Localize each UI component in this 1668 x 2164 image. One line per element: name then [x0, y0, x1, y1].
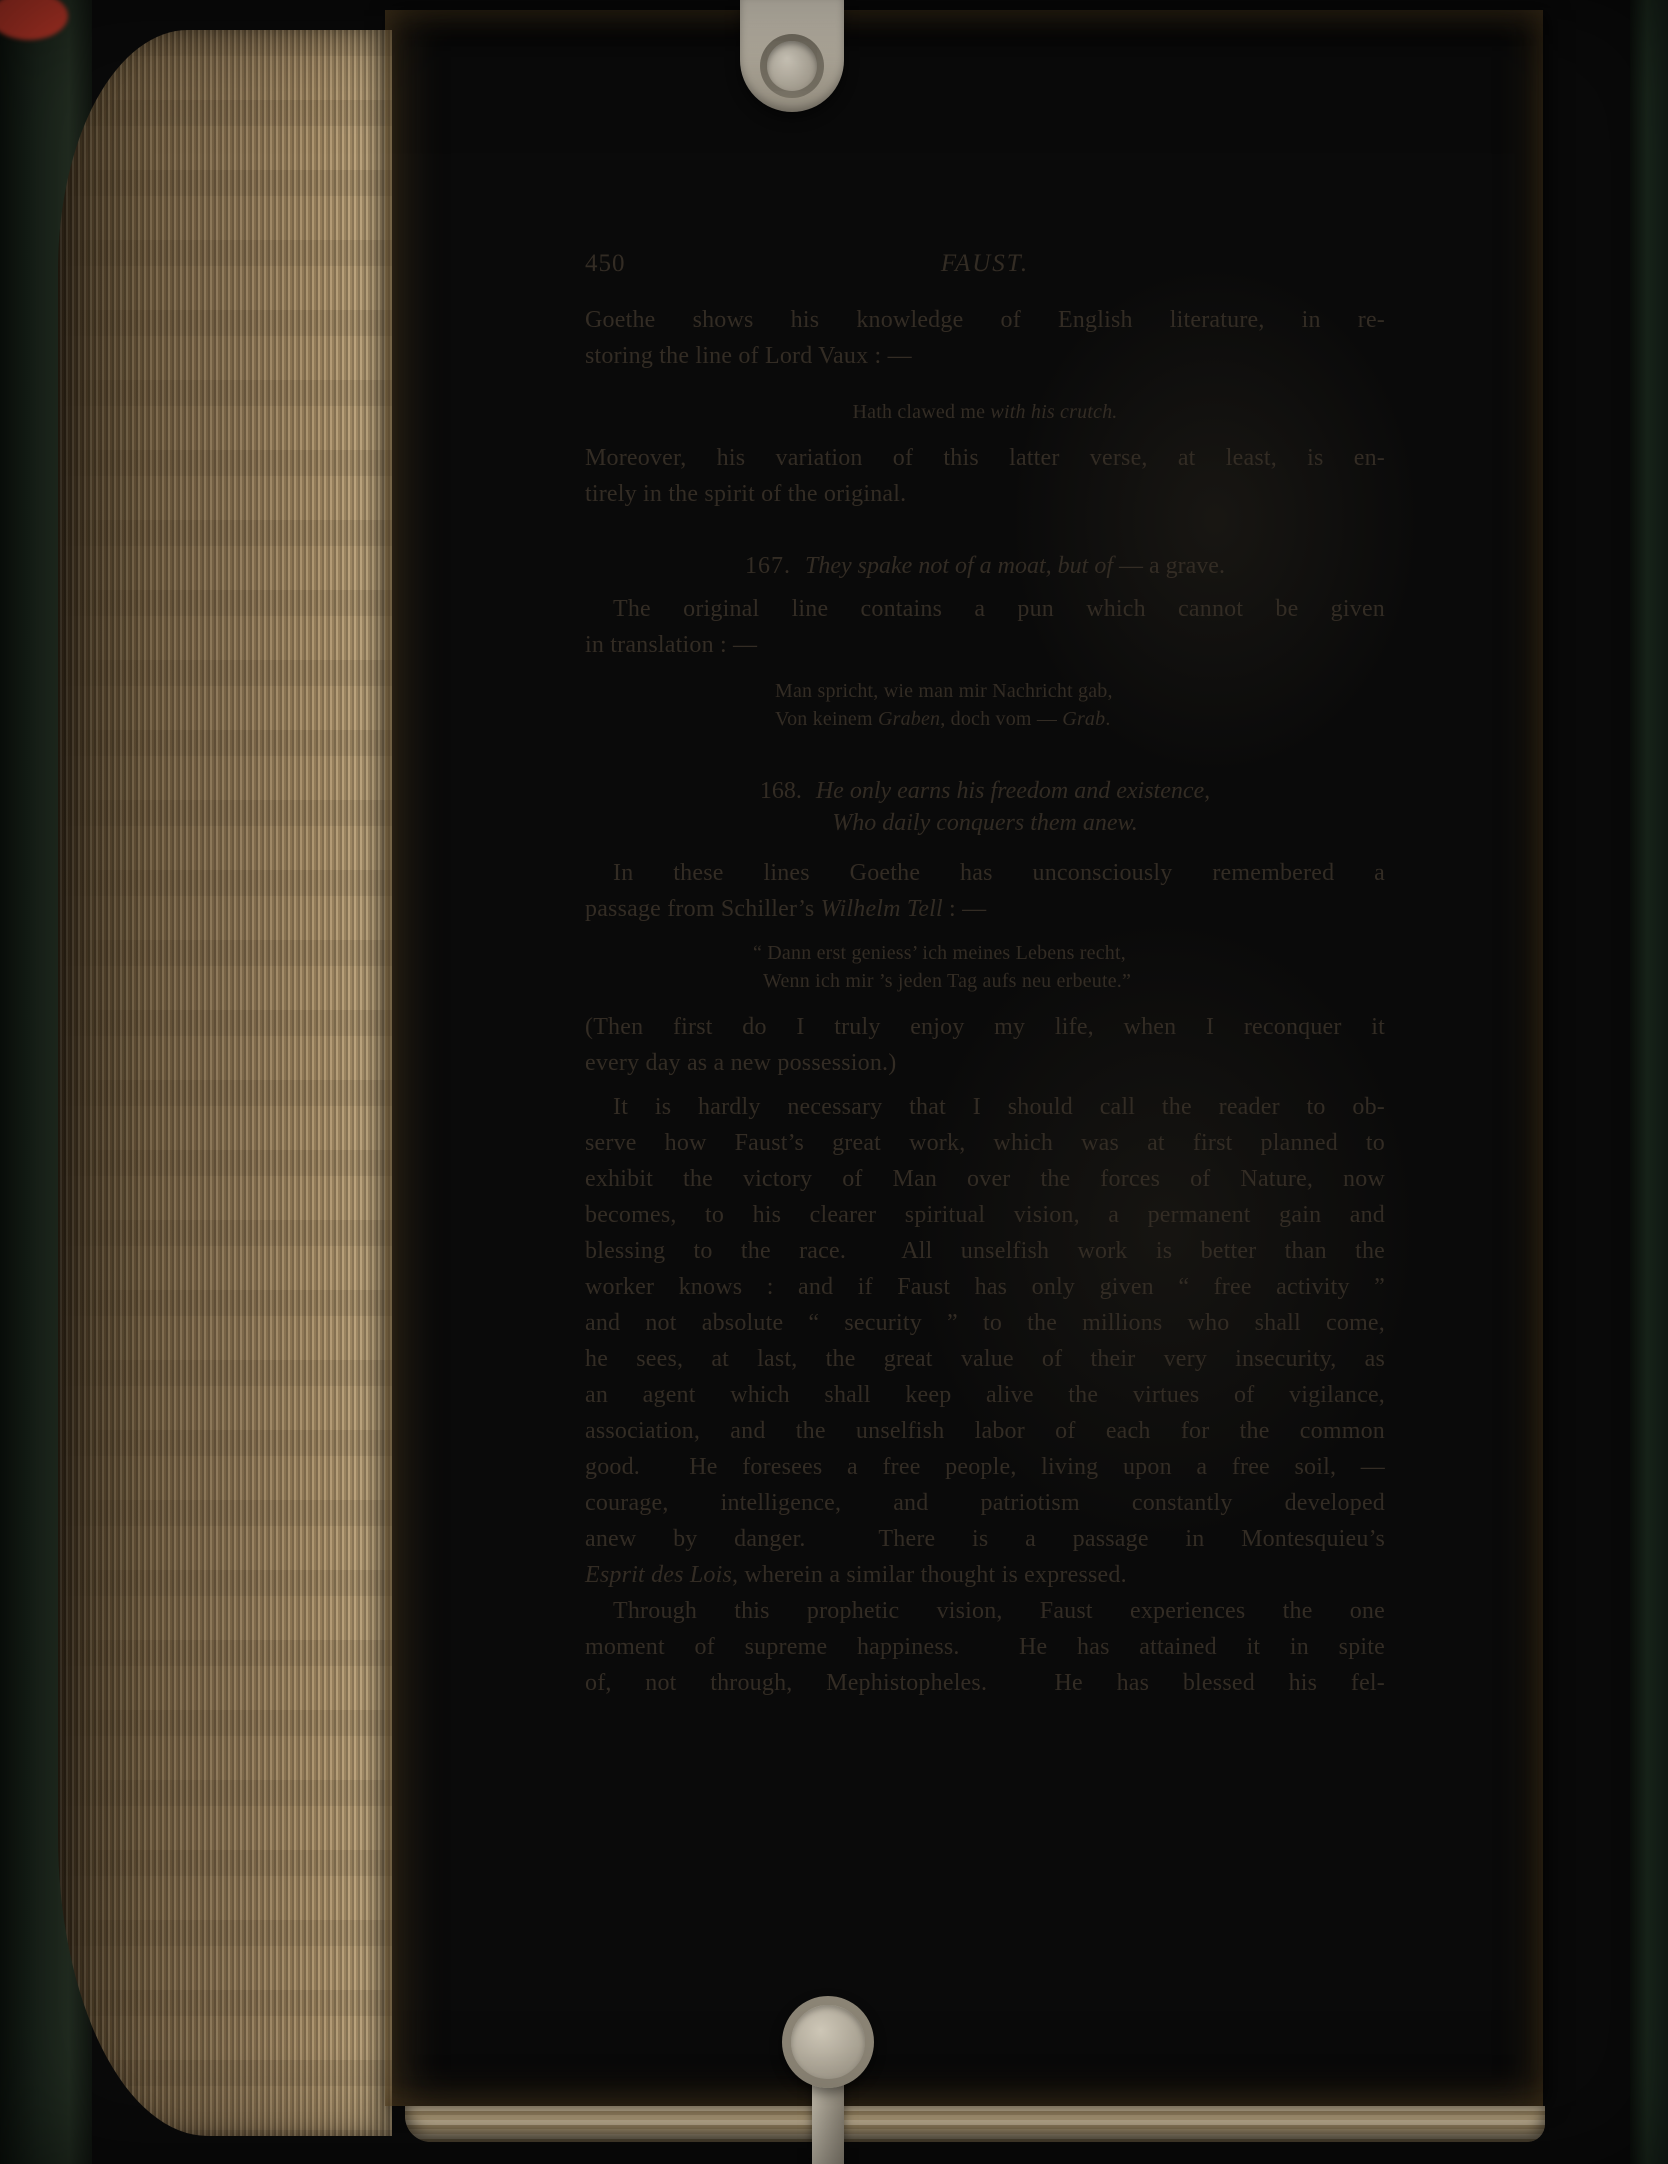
- quote-roman: Hath clawed me: [852, 401, 990, 423]
- text-line: Esprit des Lois, wherein a similar thoug…: [585, 1557, 1385, 1593]
- text-line: Goethe shows his knowledge of English li…: [585, 302, 1385, 338]
- book-page: 450 FAUST. Goethe shows his knowledge of…: [385, 10, 1543, 2106]
- text-segment: : —: [943, 896, 986, 922]
- section-title-italic: They spake not of a moat, but of: [805, 553, 1113, 579]
- text-line: and not absolute “ security ” to the mil…: [585, 1305, 1385, 1341]
- page-holder-clip-bottom: [782, 1996, 874, 2088]
- text-line: an agent which shall keep alive the virt…: [585, 1377, 1385, 1413]
- verse-segment: .: [1105, 708, 1110, 730]
- running-title: FAUST.: [585, 250, 1385, 278]
- book-photo: 450 FAUST. Goethe shows his knowledge of…: [0, 0, 1668, 2164]
- text-line: good. He foresees a free people, living …: [585, 1449, 1385, 1485]
- page-header: 450 FAUST.: [585, 250, 1385, 284]
- page-edges: [58, 30, 392, 2136]
- text-line: becomes, to his clearer spiritual vision…: [585, 1197, 1385, 1233]
- text-line: blessing to the race. All unselfish work…: [585, 1233, 1385, 1269]
- paragraph-schiller: In these lines Goethe has unconsciously …: [585, 855, 1385, 927]
- verse-line: Wenn ich mir ’s jeden Tag aufs neu erbeu…: [763, 967, 1385, 995]
- text-line: association, and the unselfish labor of …: [585, 1413, 1385, 1449]
- paragraph-faust-work: It is hardly necessary that I should cal…: [585, 1089, 1385, 1593]
- heading-line: 168.He only earns his freedom and existe…: [585, 775, 1385, 807]
- verse-line: Man spricht, wie man mir Nachricht gab,: [775, 677, 1385, 705]
- paragraph-moreover: Moreover, his variation of this latter v…: [585, 440, 1385, 512]
- verse-line: Von keinem Graben, doch vom — Grab.: [775, 705, 1385, 733]
- verse-quote-german-2: “ Dann erst geniess’ ich meines Lebens r…: [585, 939, 1385, 995]
- text-line: In these lines Goethe has unconsciously …: [585, 855, 1385, 891]
- text-line: in translation : —: [585, 627, 1385, 663]
- text-segment-italic: Wilhelm Tell: [821, 896, 943, 922]
- section-title-italic: Who daily conquers them anew.: [832, 810, 1138, 836]
- text-segment: passage from Schiller’s: [585, 896, 821, 922]
- text-line: The original line contains a pun which c…: [585, 591, 1385, 627]
- clip-circle: [760, 34, 824, 98]
- text-line: (Then first do I truly enjoy my life, wh…: [585, 1009, 1385, 1045]
- text-segment: , wherein a similar thought is expressed…: [732, 1562, 1127, 1588]
- text-line: It is hardly necessary that I should cal…: [585, 1089, 1385, 1125]
- paragraph-translation: (Then first do I truly enjoy my life, wh…: [585, 1009, 1385, 1081]
- paragraph-pun: The original line contains a pun which c…: [585, 591, 1385, 663]
- text-line: anew by danger. There is a passage in Mo…: [585, 1521, 1385, 1557]
- heading-line: Who daily conquers them anew.: [585, 807, 1385, 839]
- paragraph-vision: Through this prophetic vision, Faust exp…: [585, 1593, 1385, 1701]
- text-line: worker knows : and if Faust has only giv…: [585, 1269, 1385, 1305]
- page-holder-clip-top: [740, 0, 844, 112]
- text-line: Moreover, his variation of this latter v…: [585, 440, 1385, 476]
- text-line: courage, intelligence, and patriotism co…: [585, 1485, 1385, 1521]
- text-line: moment of supreme happiness. He has atta…: [585, 1629, 1385, 1665]
- verse-segment-italic: Grab: [1062, 708, 1105, 730]
- verse-segment: Von keinem: [775, 708, 878, 730]
- bottom-page-edges: [405, 2106, 1545, 2142]
- quote-italic: with his crutch.: [990, 401, 1117, 423]
- text-line: of, not through, Mephistopheles. He has …: [585, 1665, 1385, 1701]
- text-column: 450 FAUST. Goethe shows his knowledge of…: [585, 250, 1385, 1701]
- verse-quote-german-1: Man spricht, wie man mir Nachricht gab, …: [585, 677, 1385, 733]
- section-heading-167: 167.They spake not of a moat, but of — a…: [585, 550, 1385, 583]
- section-title-roman: — a grave.: [1113, 553, 1225, 579]
- section-number: 167.: [745, 553, 791, 579]
- text-line: Through this prophetic vision, Faust exp…: [585, 1593, 1385, 1629]
- verse-line: “ Dann erst geniess’ ich meines Lebens r…: [753, 939, 1385, 967]
- section-number: 168.: [760, 778, 802, 804]
- text-line: exhibit the victory of Man over the forc…: [585, 1161, 1385, 1197]
- text-line: serve how Faust’s great work, which was …: [585, 1125, 1385, 1161]
- text-line: passage from Schiller’s Wilhelm Tell : —: [585, 891, 1385, 927]
- text-line: tirely in the spirit of the original.: [585, 476, 1385, 512]
- section-title-italic: He only earns his freedom and existence,: [816, 778, 1210, 804]
- verse-quote-crutch: Hath clawed me with his crutch.: [585, 398, 1385, 426]
- verse-segment: , doch vom —: [940, 708, 1062, 730]
- verse-segment-italic: Graben: [878, 708, 940, 730]
- text-segment-italic: Esprit des Lois: [585, 1562, 732, 1588]
- text-line: he sees, at last, the great value of the…: [585, 1341, 1385, 1377]
- paragraph-vaux: Goethe shows his knowledge of English li…: [585, 302, 1385, 374]
- book-cover-right: [1630, 0, 1668, 2164]
- text-line: storing the line of Lord Vaux : —: [585, 338, 1385, 374]
- text-line: every day as a new possession.): [585, 1045, 1385, 1081]
- section-heading-168: 168.He only earns his freedom and existe…: [585, 775, 1385, 839]
